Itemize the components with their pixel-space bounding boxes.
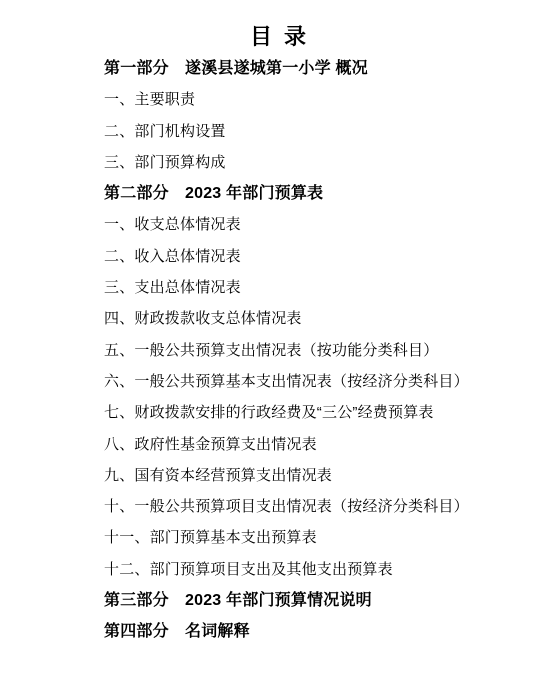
toc-entry: 二、部门机构设置 bbox=[104, 116, 559, 147]
toc-entry: 五、一般公共预算支出情况表（按功能分类科目） bbox=[104, 335, 559, 366]
toc-section-heading: 第二部分 2023 年部门预算表 bbox=[104, 178, 559, 209]
toc-entry: 七、财政拨款安排的行政经费及“三公”经费预算表 bbox=[104, 397, 559, 428]
toc-entry: 二、收入总体情况表 bbox=[104, 241, 559, 272]
page-title: 目 录 bbox=[0, 25, 559, 49]
toc-entry: 三、部门预算构成 bbox=[104, 147, 559, 178]
toc-entry: 三、支出总体情况表 bbox=[104, 272, 559, 303]
toc-entry: 十一、部门预算基本支出预算表 bbox=[104, 522, 559, 553]
toc-entry: 八、政府性基金预算支出情况表 bbox=[104, 429, 559, 460]
toc-entry: 一、收支总体情况表 bbox=[104, 209, 559, 240]
document-page: 目 录 第一部分 遂溪县遂城第一小学 概况一、主要职责二、部门机构设置三、部门预… bbox=[0, 0, 559, 675]
table-of-contents: 第一部分 遂溪县遂城第一小学 概况一、主要职责二、部门机构设置三、部门预算构成第… bbox=[104, 53, 559, 648]
toc-entry: 四、财政拨款收支总体情况表 bbox=[104, 303, 559, 334]
toc-entry: 六、一般公共预算基本支出情况表（按经济分类科目） bbox=[104, 366, 559, 397]
toc-section-heading: 第三部分 2023 年部门预算情况说明 bbox=[104, 585, 559, 616]
toc-section-heading: 第四部分 名词解释 bbox=[104, 616, 559, 647]
toc-entry: 十、一般公共预算项目支出情况表（按经济分类科目） bbox=[104, 491, 559, 522]
toc-section-heading: 第一部分 遂溪县遂城第一小学 概况 bbox=[104, 53, 559, 84]
toc-entry: 九、国有资本经营预算支出情况表 bbox=[104, 460, 559, 491]
toc-entry: 十二、部门预算项目支出及其他支出预算表 bbox=[104, 554, 559, 585]
toc-entry: 一、主要职责 bbox=[104, 84, 559, 115]
